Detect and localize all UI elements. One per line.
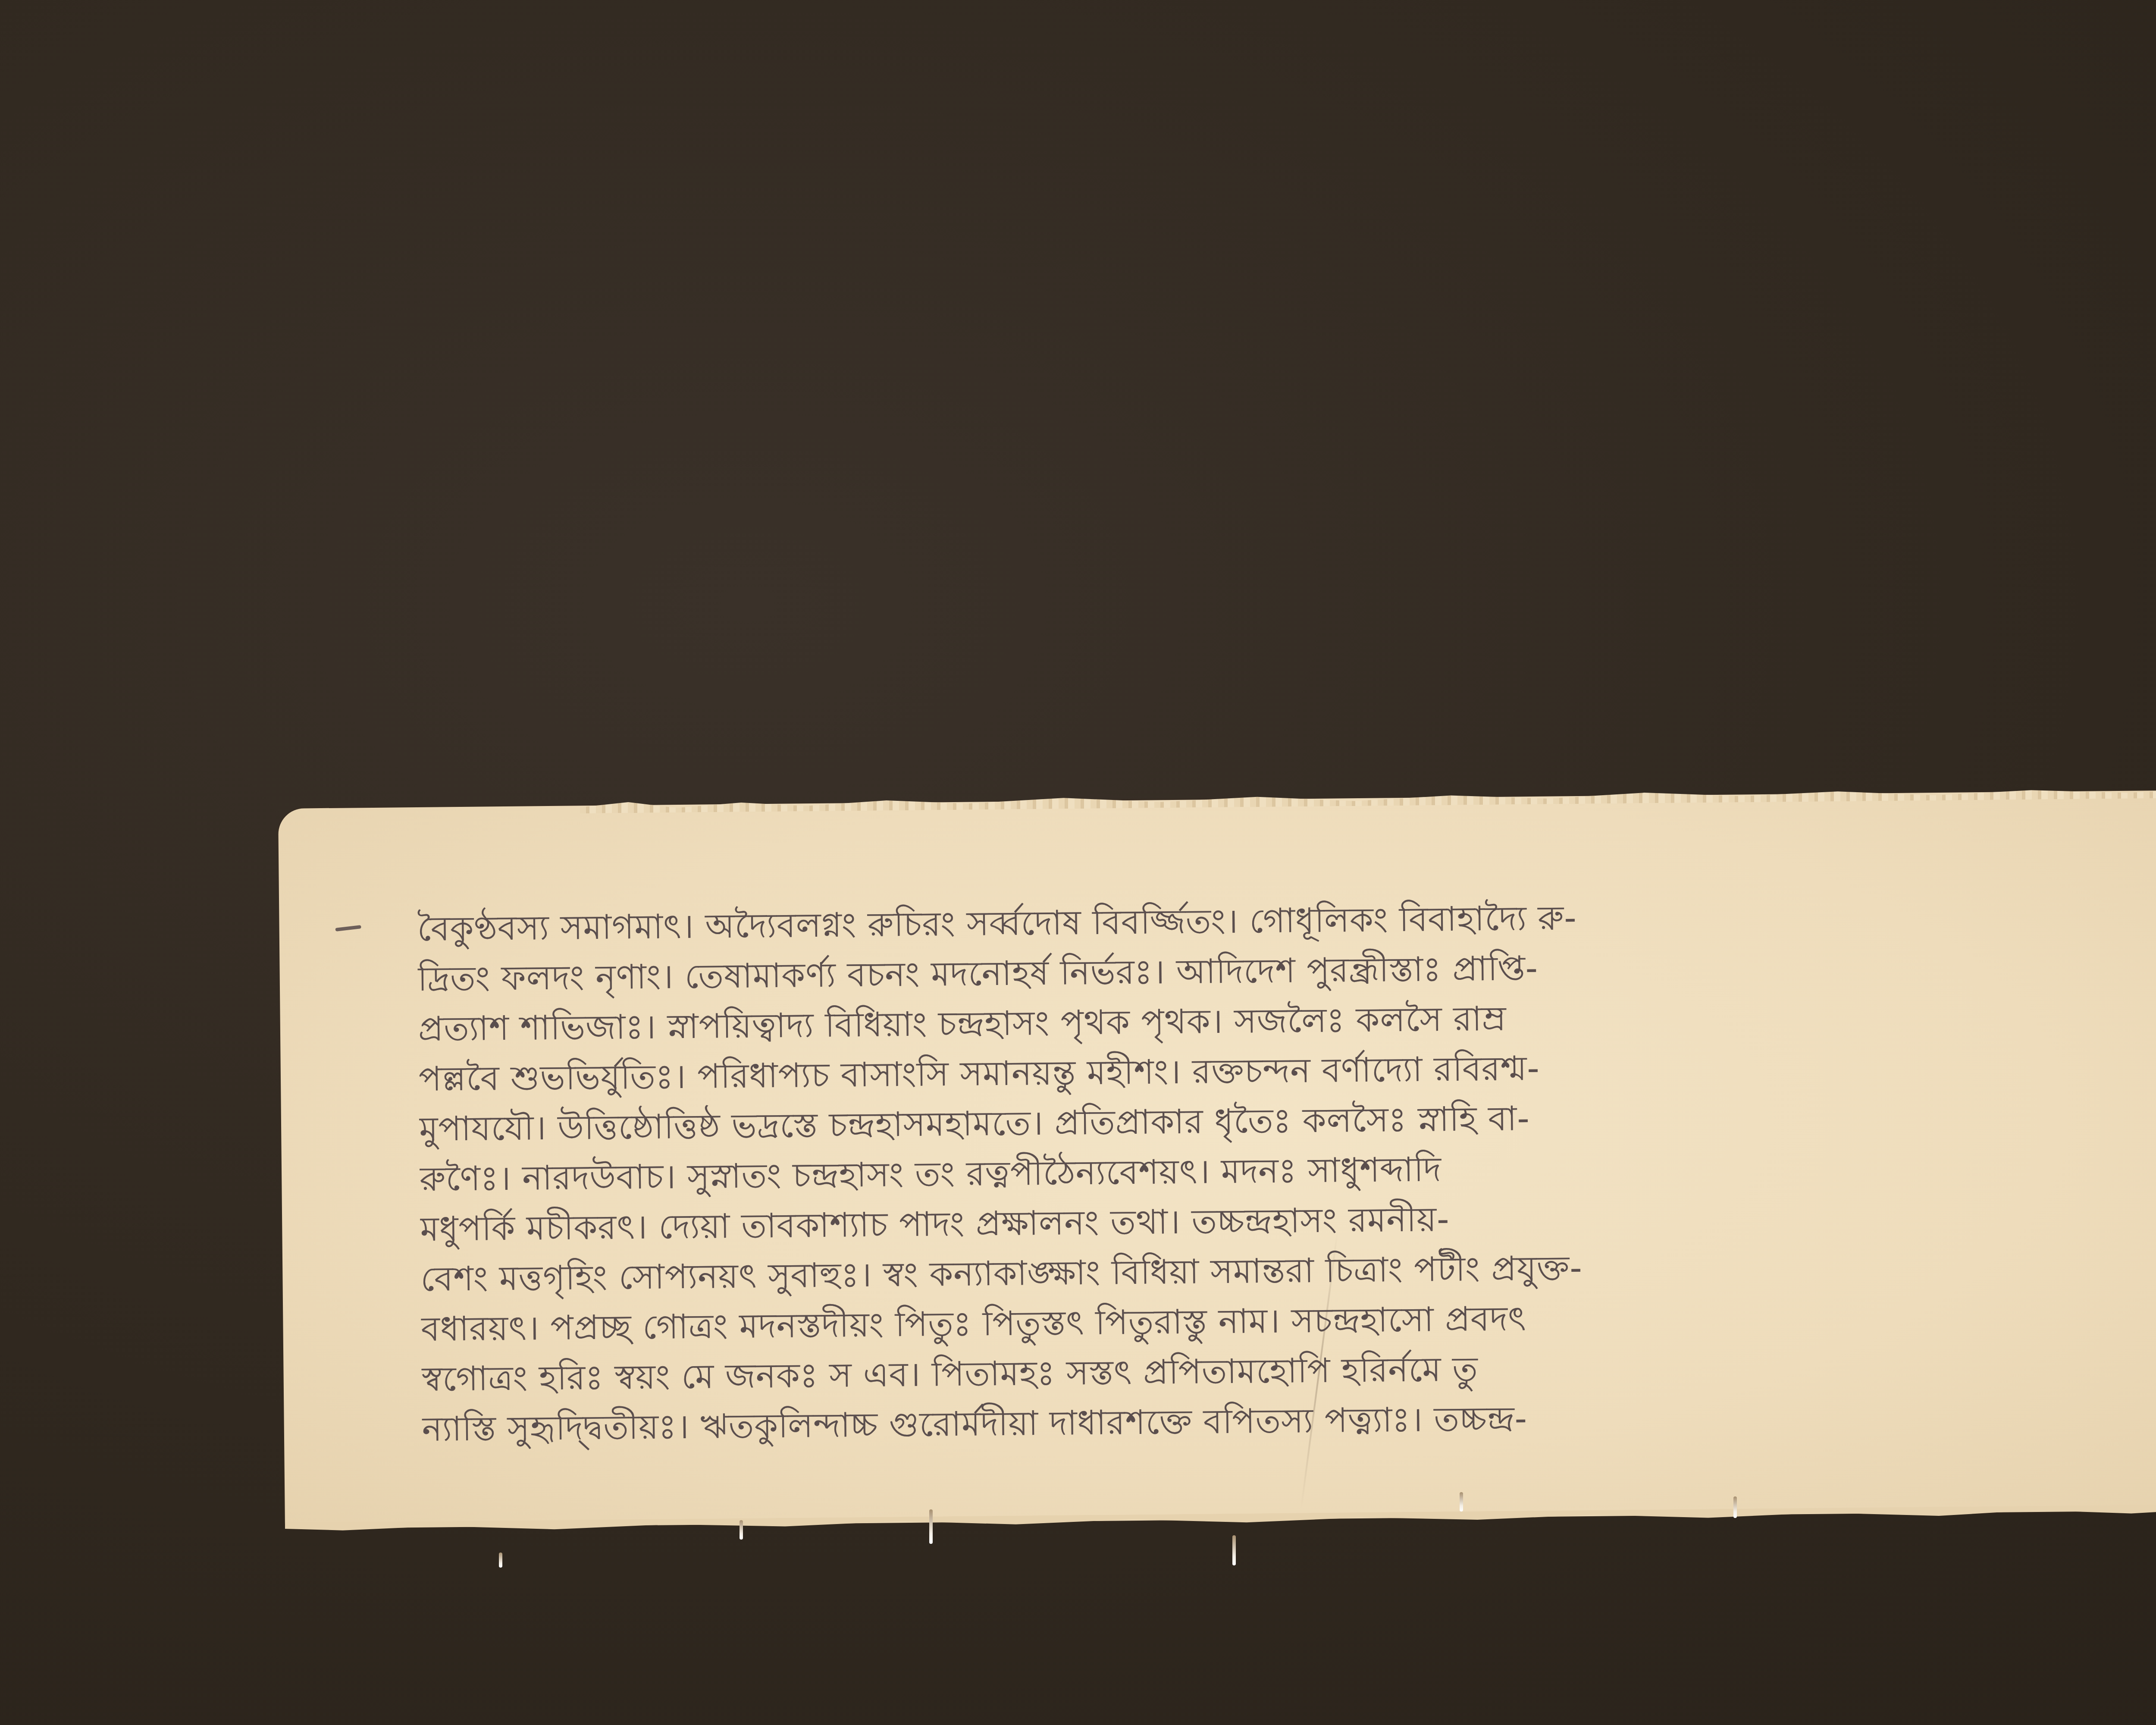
paper-fiber: [499, 1552, 502, 1568]
margin-mark: [335, 925, 361, 931]
manuscript-text: বৈকুণ্ঠবস্য সমাগমাৎ। অদ্যৈবলগ্নং রুচিরং …: [417, 888, 2143, 1455]
paper-fiber: [1733, 1496, 1737, 1518]
paper-fiber: [929, 1509, 933, 1544]
paper-fiber: [1232, 1535, 1236, 1565]
paper-fiber: [740, 1520, 743, 1540]
manuscript-folio: বৈকুণ্ঠবস্য সমাগমাৎ। অদ্যৈবলগ্নং রুচিরং …: [278, 790, 2156, 1529]
paper-fiber: [1460, 1492, 1463, 1512]
